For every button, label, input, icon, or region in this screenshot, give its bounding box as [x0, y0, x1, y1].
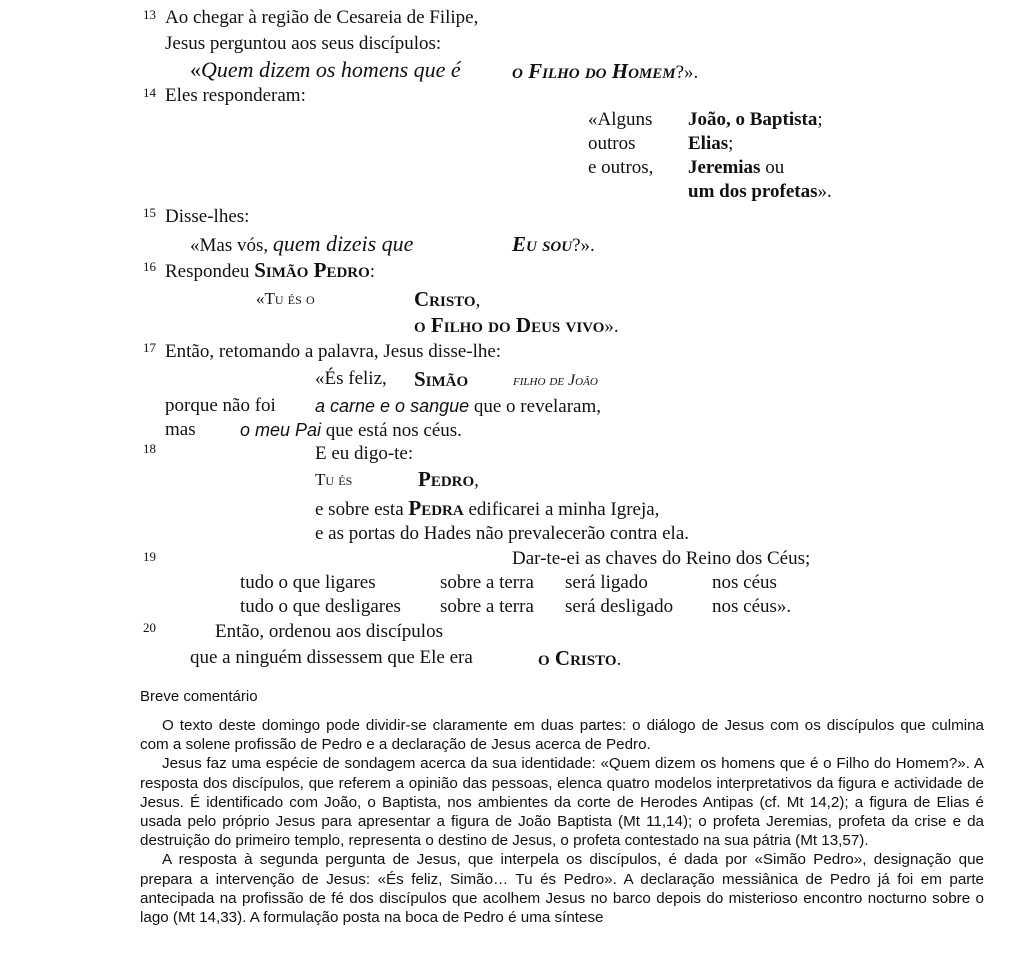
answer-punct: ». [818, 181, 832, 202]
bind-col-3: será ligado [565, 571, 648, 595]
verse-18-line-1: E eu digo-te: [315, 442, 413, 466]
verse-number: 18 [143, 442, 156, 456]
loose-col-2: sobre a terra [440, 595, 534, 619]
name-peter: Pedro [418, 467, 474, 491]
loose-col-3: será desligado [565, 595, 673, 619]
title-christ: Cristo [414, 287, 476, 311]
answer-punct: ou [760, 157, 784, 178]
punct: ». [604, 316, 618, 337]
verse-17-line-4-pre: mas [165, 418, 196, 442]
verse-number: 15 [143, 206, 156, 220]
answer-left: e outros, [588, 156, 653, 180]
title-i-am: Eu sou [512, 232, 572, 256]
name-simon: Simão [414, 367, 468, 391]
answer-right: João, o Baptista; [688, 108, 823, 132]
question-text: Quem dizem os homens que é [201, 57, 461, 82]
verse-18-line-3: e sobre esta Pedra edificarei a minha Ig… [315, 496, 659, 522]
verse-15-line-1: Disse-lhes: [165, 205, 249, 229]
word-rock: Pedra [408, 496, 463, 520]
answer-left: «Alguns [588, 108, 652, 132]
verse-number: 19 [143, 550, 156, 564]
punct: . [617, 649, 622, 670]
text: e sobre esta [315, 499, 408, 520]
verse-17-blessing: «És feliz, [315, 367, 387, 391]
verse-20-line-1: Então, ordenou aos discípulos [215, 620, 443, 644]
verse-13-line-1: Ao chegar à região de Cesareia de Filipe… [165, 6, 478, 30]
answer-name: Jeremias [688, 157, 760, 178]
text: que está nos céus. [321, 420, 462, 441]
verse-15-question: «Mas vós, quem dizeis que [190, 232, 413, 258]
verse-16-line-1: Respondeu Simão Pedro: [165, 258, 375, 284]
quote-close: ?». [572, 235, 595, 256]
commentary-paragraph: A resposta à segunda pergunta de Jesus, … [140, 850, 984, 927]
verse-18-pedro: Pedro, [418, 467, 479, 493]
answer-punct: ; [817, 109, 822, 130]
tu-es: Tu és [315, 468, 352, 492]
verse-18-line-4: e as portas do Hades não prevalecerão co… [315, 522, 689, 546]
verse-15-title: Eu sou?». [512, 232, 595, 258]
verse-20-title: o Cristo. [538, 646, 621, 672]
emph-flesh-blood: a carne e o sangue [315, 396, 469, 416]
verse-number: 14 [143, 86, 156, 100]
verse-16-title-2: o Filho do Deus vivo». [414, 313, 619, 339]
verse-13-title: o Filho do Homem?». [512, 59, 698, 85]
verse-17-line-3-pre: porque não foi [165, 394, 276, 418]
verse-17-line-3: a carne e o sangue que o revelaram, [315, 394, 601, 419]
verse-13-question: «Quem dizem os homens que é [190, 58, 461, 82]
commentary-paragraph: Jesus faz uma espécie de sondagem acerca… [140, 754, 984, 850]
verse-17-line-1: Então, retomando a palavra, Jesus disse-… [165, 340, 501, 364]
bind-col-2: sobre a terra [440, 571, 534, 595]
question-text: quem dizeis que [273, 231, 414, 256]
text: edificarei a minha Igreja, [464, 499, 660, 520]
verse-20-line-2: que a ninguém dissessem que Ele era [190, 646, 473, 670]
verse-number: 16 [143, 260, 156, 274]
answer-name: Elias [688, 133, 728, 154]
verse-number: 17 [143, 341, 156, 355]
verse-number: 13 [143, 8, 156, 22]
commentary-body: O texto deste domingo pode dividir-se cl… [140, 716, 984, 927]
answer-right: um dos profetas». [688, 180, 832, 204]
answer-punct: ; [728, 133, 733, 154]
punct: : [370, 261, 375, 282]
answer-left: outros [588, 132, 636, 156]
verse-16-title-1: Cristo, [414, 287, 480, 313]
son-of-john: filho de João [513, 369, 598, 393]
verse-13-line-2: Jesus perguntou aos seus discípulos: [165, 32, 441, 56]
answer-right: Jeremias ou [688, 156, 784, 180]
name-simon-peter: Simão Pedro [254, 258, 370, 282]
title-the-christ: o Cristo [538, 646, 617, 670]
text: Respondeu [165, 261, 254, 282]
loose-col-4: nos céus». [712, 595, 791, 619]
text: que o revelaram, [469, 396, 601, 417]
quote-open: «Mas vós, [190, 235, 273, 256]
commentary-heading: Breve comentário [140, 688, 258, 705]
bind-col-4: nos céus [712, 571, 777, 595]
verse-16-quote-open: «Tu és o [256, 287, 315, 311]
verse-14-line-1: Eles responderam: [165, 84, 306, 108]
quote-open: « [190, 57, 201, 82]
punct: , [476, 290, 481, 311]
answer-name: João, o Baptista [688, 109, 817, 130]
punct: , [474, 470, 479, 491]
commentary-paragraph: O texto deste domingo pode dividir-se cl… [140, 716, 984, 754]
title-son-of-man: o Filho do Homem [512, 59, 676, 83]
emph-my-father: o meu Pai [240, 420, 321, 440]
verse-19-line-1: Dar-te-ei as chaves do Reino dos Céus; [512, 547, 810, 571]
bind-col-1: tudo o que ligares [240, 571, 376, 595]
answer-right: Elias; [688, 132, 733, 156]
answer-name: um dos profetas [688, 181, 818, 202]
verse-number: 20 [143, 621, 156, 635]
title-son-of-god: o Filho do Deus vivo [414, 313, 604, 337]
quote-close: ?». [676, 62, 699, 83]
loose-col-1: tudo o que desligares [240, 595, 401, 619]
verse-17-line-4: o meu Pai que está nos céus. [240, 418, 462, 443]
